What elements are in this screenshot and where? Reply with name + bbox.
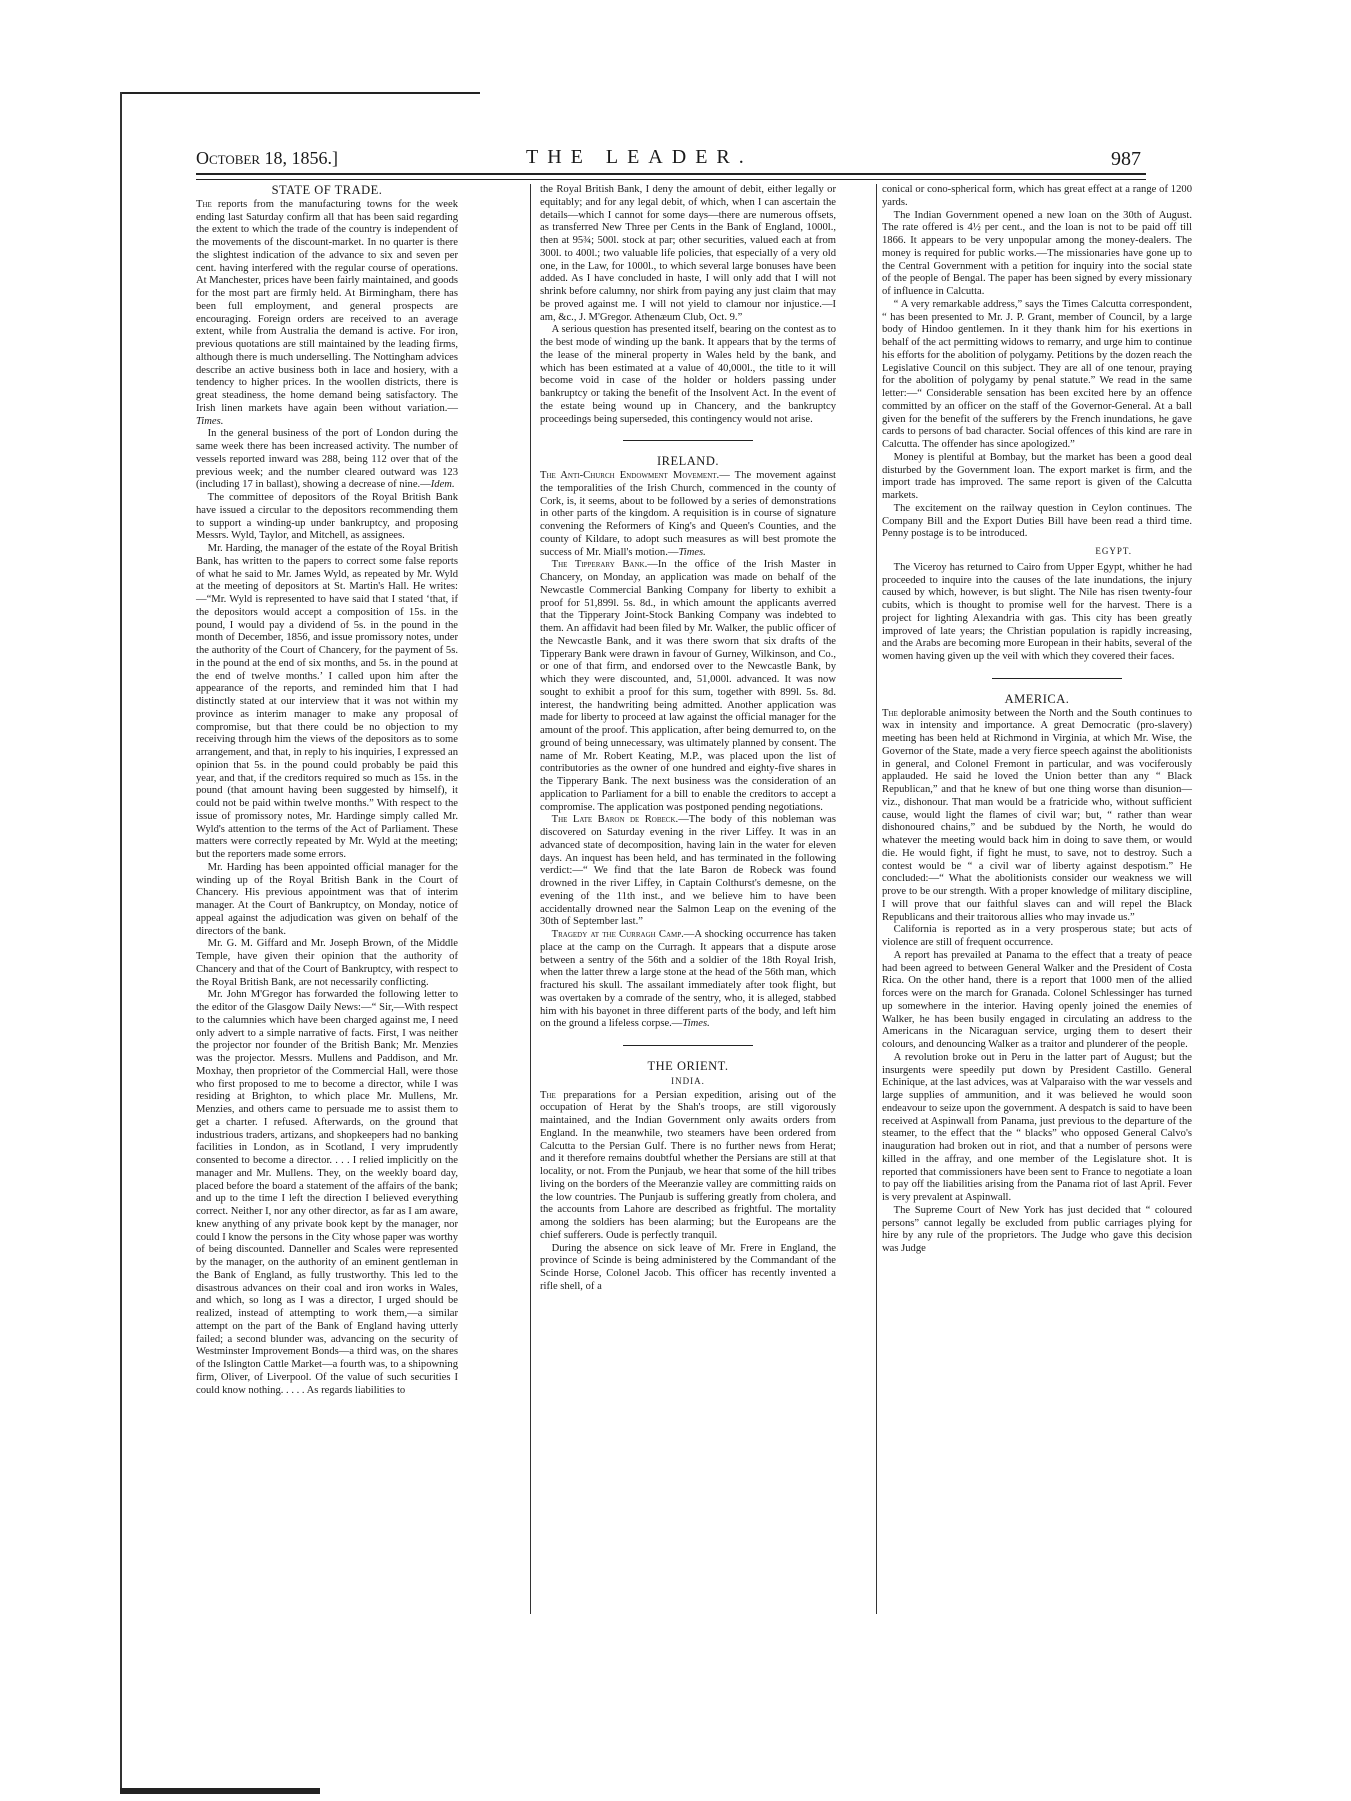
article-paragraph: Money is plentiful at Bombay, but the ma… <box>882 452 1192 503</box>
article-paragraph: Mr. Harding has been appointed official … <box>196 862 458 939</box>
scan-border-top <box>120 92 480 94</box>
article-paragraph: conical or cono-spherical form, which ha… <box>882 184 1192 210</box>
article-paragraph: Tragedy at the Curragh Camp.—A shocking … <box>540 929 836 1031</box>
article-paragraph: The Viceroy has returned to Cairo from U… <box>882 562 1192 664</box>
column-2: the Royal British Bank, I deny the amoun… <box>540 184 836 1294</box>
article-paragraph: Mr. Harding, the manager of the estate o… <box>196 543 458 862</box>
paragraph-lead: The <box>540 1090 556 1101</box>
subsection-heading: INDIA. <box>540 1075 836 1088</box>
article-paragraph: A revolution broke out in Peru in the la… <box>882 1052 1192 1205</box>
article-paragraph: A serious question has presented itself,… <box>540 324 836 426</box>
article-paragraph: The Tipperary Bank.—In the office of the… <box>540 559 836 814</box>
paragraph-lead: The Tipperary Bank. <box>552 559 648 570</box>
source-citation: Idem. <box>431 479 455 490</box>
scan-border-left <box>120 92 122 1792</box>
article-paragraph: In the general business of the port of L… <box>196 428 458 492</box>
article-paragraph: The preparations for a Persian expeditio… <box>540 1090 836 1243</box>
page-number: 987 <box>1111 148 1141 171</box>
paragraph-lead: Tragedy at the Curragh Camp. <box>552 929 684 940</box>
paragraph-lead: The Anti-Church Endowment Movement. <box>540 470 719 481</box>
source-citation: Times. <box>682 1018 709 1029</box>
masthead-rule <box>196 173 1146 180</box>
article-paragraph: The Indian Government opened a new loan … <box>882 210 1192 299</box>
scan-border-bottom <box>120 1788 320 1794</box>
paragraph-lead: The <box>882 708 898 719</box>
section-heading: IRELAND. <box>540 455 836 468</box>
column-3: conical or cono-spherical form, which ha… <box>882 184 1192 1256</box>
article-paragraph: The committee of depositors of the Royal… <box>196 492 458 543</box>
section-separator <box>623 440 753 441</box>
article-paragraph: Mr. John M'Gregor has forwarded the foll… <box>196 989 458 1397</box>
issue-date: October 18, 1856.] <box>196 148 338 169</box>
subsection-heading: EGYPT. <box>882 545 1132 558</box>
section-separator <box>623 1045 753 1046</box>
section-heading: THE ORIENT. <box>540 1060 836 1073</box>
column-divider <box>530 184 531 1614</box>
paragraph-lead: The Late Baron de Robeck. <box>552 814 679 825</box>
column-divider <box>876 184 877 1614</box>
article-paragraph: “ A very remarkable address,” says the T… <box>882 299 1192 452</box>
article-paragraph: During the absence on sick leave of Mr. … <box>540 1243 836 1294</box>
article-paragraph: The deplorable animosity between the Nor… <box>882 708 1192 925</box>
article-paragraph: Mr. G. M. Giffard and Mr. Joseph Brown, … <box>196 938 458 989</box>
newspaper-title: THE LEADER. <box>526 146 753 169</box>
article-paragraph: The Late Baron de Robeck.—The body of th… <box>540 814 836 929</box>
article-paragraph: The Supreme Court of New York has just d… <box>882 1205 1192 1256</box>
article-paragraph: California is reported as in a very pros… <box>882 924 1192 950</box>
section-heading: AMERICA. <box>882 693 1192 706</box>
article-paragraph: A report has prevailed at Panama to the … <box>882 950 1192 1052</box>
article-paragraph: The Anti-Church Endowment Movement.— The… <box>540 470 836 559</box>
masthead: October 18, 1856.] THE LEADER. 987 <box>196 146 1141 172</box>
source-citation: Times. <box>196 416 223 427</box>
article-paragraph: The excitement on the railway question i… <box>882 503 1192 541</box>
article-paragraph: the Royal British Bank, I deny the amoun… <box>540 184 836 324</box>
paragraph-lead: The <box>196 199 212 210</box>
article-paragraph: The reports from the manufacturing towns… <box>196 199 458 429</box>
section-separator <box>992 678 1122 679</box>
section-heading: STATE OF TRADE. <box>196 184 458 197</box>
source-citation: Times. <box>678 547 705 558</box>
column-1: STATE OF TRADE.The reports from the manu… <box>196 184 458 1397</box>
